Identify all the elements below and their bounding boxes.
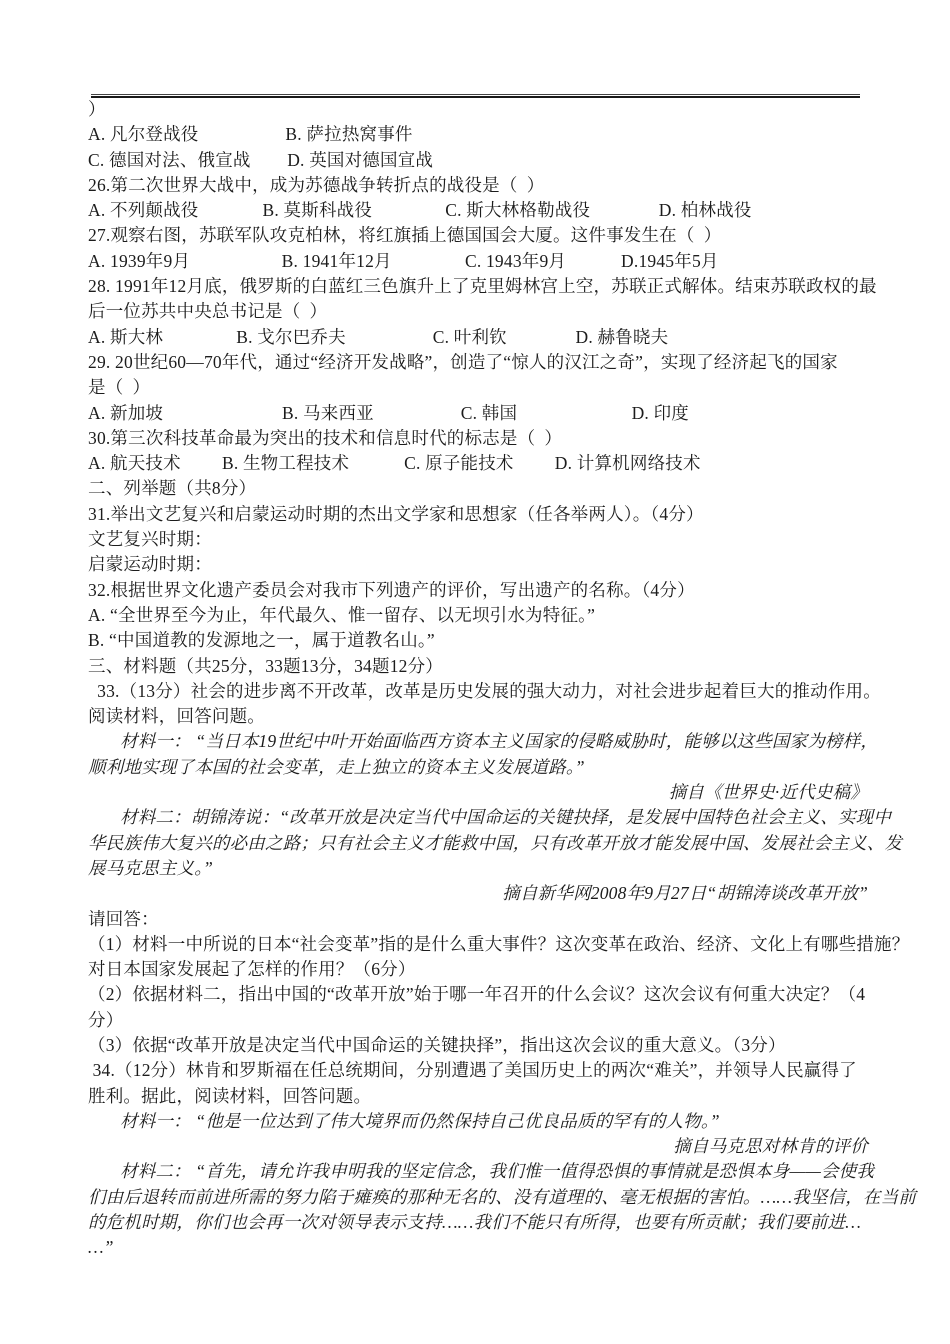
text-line: 摘自马克思对林肯的评价 — [88, 1134, 868, 1159]
text-line: 后一位苏共中央总书记是（ ） — [88, 299, 868, 324]
text-line: …” — [88, 1235, 868, 1260]
text-line: 摘自《世界史·近代史稿》 — [88, 780, 868, 805]
text-line: 展马克思主义。” — [88, 856, 868, 881]
text-line: 阅读材料，回答问题。 — [88, 704, 868, 729]
text-line: A. 1939年9月 B. 1941年12月 C. 1943年9月 D.1945… — [88, 249, 868, 274]
text-line: 材料二： “首先，请允许我申明我的坚定信念，我们惟一值得恐惧的事情就是恐惧本身—… — [88, 1159, 868, 1184]
text-line: 27.观察右图，苏联军队攻克柏林，将红旗插上德国国会大厦。这件事发生在（ ） — [88, 223, 868, 248]
text-line: 启蒙运动时期： — [88, 552, 868, 577]
text-line: 32.根据世界文化遗产委员会对我市下列遗产的评价，写出遗产的名称。（4分） — [88, 578, 868, 603]
text-line: ） — [88, 97, 868, 122]
text-line: 胜利。据此，阅读材料，回答问题。 — [88, 1084, 868, 1109]
text-line: 28. 1991年12月底，俄罗斯的白蓝红三色旗升上了克里姆林宫上空，苏联正式解… — [88, 274, 868, 299]
text-line: 顺利地实现了本国的社会变革，走上独立的资本主义发展道路。” — [88, 755, 868, 780]
text-line: A. “全世界至今为止，年代最久、惟一留存、以无坝引水为特征。” — [88, 603, 868, 628]
text-line: 华民族伟大复兴的必由之路；只有社会主义才能救中国，只有改革开放才能发展中国、发展… — [88, 831, 868, 856]
text-line: A. 航天技术 B. 生物工程技术 C. 原子能技术 D. 计算机网络技术 — [88, 451, 868, 476]
text-line: 34.（12分）林肯和罗斯福在任总统期间，分别遭遇了美国历史上的两次“难关”，并… — [88, 1058, 868, 1083]
text-line: 二、列举题（共8分） — [88, 476, 868, 501]
text-line: A. 新加坡 B. 马来西亚 C. 韩国 D. 印度 — [88, 401, 868, 426]
text-line: A. 不列颠战役 B. 莫斯科战役 C. 斯大林格勒战役 D. 柏林战役 — [88, 198, 868, 223]
text-line: C. 德国对法、俄宣战 D. 英国对德国宣战 — [88, 148, 868, 173]
document-body: ）A. 凡尔登战役 B. 萨拉热窝事件C. 德国对法、俄宣战 D. 英国对德国宣… — [88, 97, 868, 1261]
text-line: 摘自新华网2008年9月27日“胡锦涛谈改革开放” — [88, 881, 868, 906]
text-line: 请回答： — [88, 907, 868, 932]
text-line: 31.举出文艺复兴和启蒙运动时期的杰出文学家和思想家（任各举两人）。（4分） — [88, 502, 868, 527]
text-line: B. “中国道教的发源地之一，属于道教名山。” — [88, 628, 868, 653]
text-line: （3）依据“改革开放是决定当代中国命运的关键抉择”，指出这次会议的重大意义。（3… — [88, 1033, 868, 1058]
text-line: 26.第二次世界大战中，成为苏德战争转折点的战役是（ ） — [88, 173, 868, 198]
text-line: 们由后退转而前进所需的努力陷于瘫痪的那种无名的、没有道理的、毫无根据的害怕。……… — [88, 1185, 868, 1210]
exam-page: ）A. 凡尔登战役 B. 萨拉热窝事件C. 德国对法、俄宣战 D. 英国对德国宣… — [0, 0, 950, 1344]
text-line: （2）依据材料二，指出中国的“改革开放”始于哪一年召开的什么会议？这次会议有何重… — [88, 982, 868, 1007]
text-line: 30.第三次科技革命最为突出的技术和信息时代的标志是（ ） — [88, 426, 868, 451]
text-line: 对日本国家发展起了怎样的作用？（6分） — [88, 957, 868, 982]
text-line: 材料一： “他是一位达到了伟大境界而仍然保持自己优良品质的罕有的人物。” — [88, 1109, 868, 1134]
text-line: 33.（13分）社会的进步离不开改革，改革是历史发展的强大动力，对社会进步起着巨… — [88, 679, 868, 704]
text-line: 是（ ） — [88, 375, 868, 400]
text-line: 材料二：胡锦涛说：“改革开放是决定当代中国命运的关键抉择，是发展中国特色社会主义… — [88, 805, 868, 830]
text-line: 材料一： “当日本19世纪中叶开始面临西方资本主义国家的侵略威胁时，能够以这些国… — [88, 729, 868, 754]
text-line: A. 凡尔登战役 B. 萨拉热窝事件 — [88, 122, 868, 147]
text-line: 29. 20世纪60—70年代，通过“经济开发战略”，创造了“惊人的汉江之奇”，… — [88, 350, 868, 375]
text-line: 的危机时期，你们也会再一次对领导表示支持……我们不能只有所得，也要有所贡献；我们… — [88, 1210, 868, 1235]
text-line: 文艺复兴时期： — [88, 527, 868, 552]
text-line: A. 斯大林 B. 戈尔巴乔夫 C. 叶利钦 D. 赫鲁晓夫 — [88, 325, 868, 350]
text-line: 三、材料题（共25分，33题13分，34题12分） — [88, 654, 868, 679]
text-line: 分） — [88, 1008, 868, 1033]
text-line: （1）材料一中所说的日本“社会变革”指的是什么重大事件？这次变革在政治、经济、文… — [88, 932, 868, 957]
